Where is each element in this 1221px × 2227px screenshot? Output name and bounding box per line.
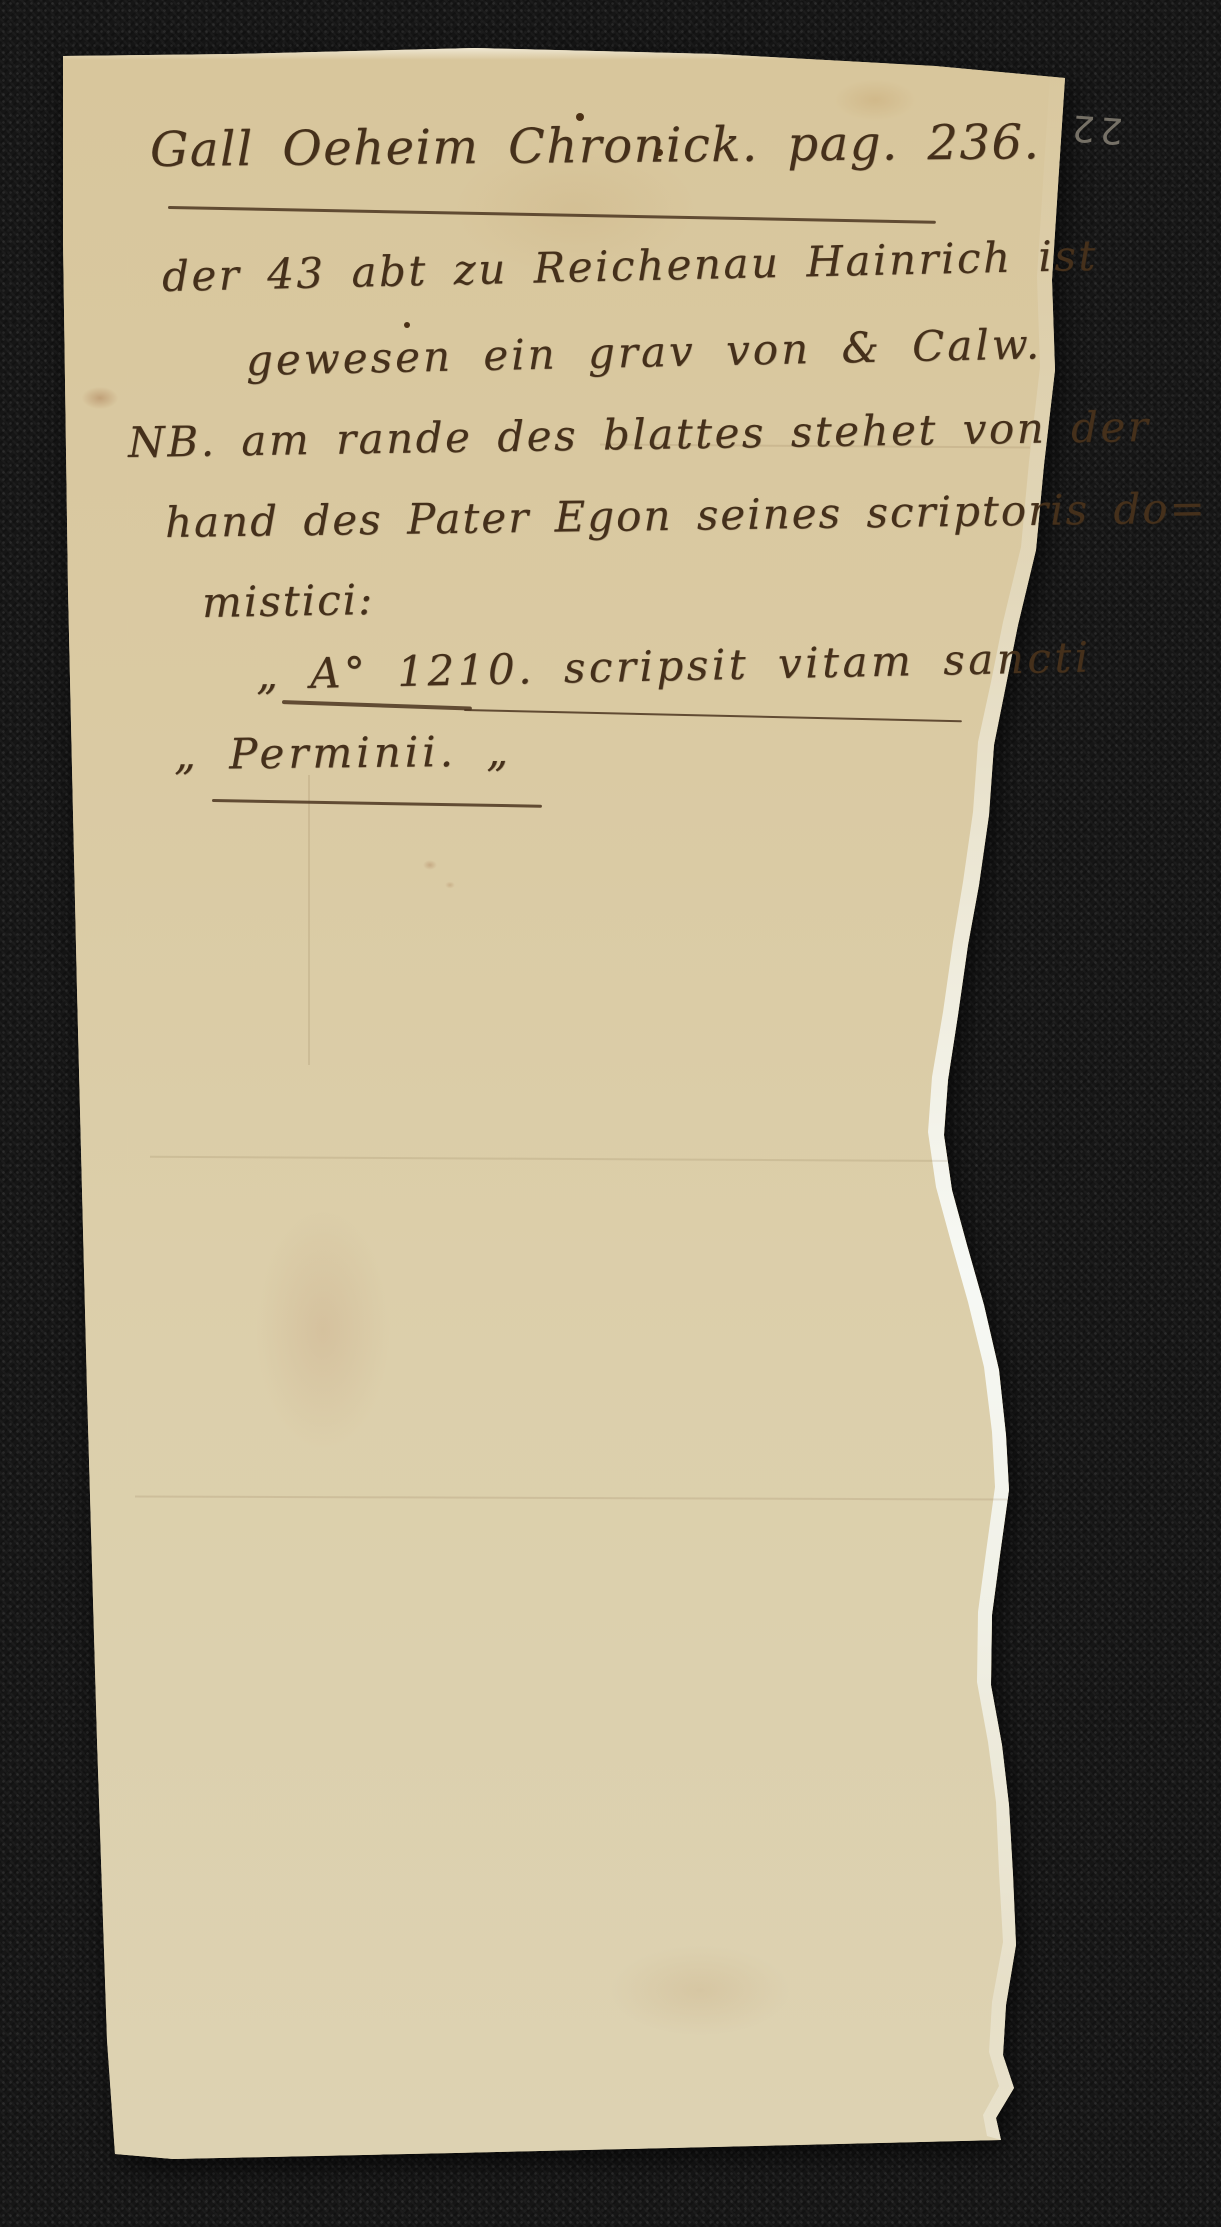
handwritten-line-5: mistici: <box>202 575 375 627</box>
paper-crease <box>308 775 310 1065</box>
ink-dot <box>576 113 584 121</box>
ink-dot <box>404 322 410 328</box>
ink-dot <box>656 149 663 156</box>
handwritten-line-7: „ Perminii. „ <box>174 726 513 779</box>
document-title: Gall Oeheim Chronick. pag. 236. <box>150 114 1041 178</box>
paper-crease <box>150 1156 1000 1162</box>
photo-background: Gall Oeheim Chronick. pag. 236. der 43 a… <box>0 0 1221 2227</box>
foliation-number: 22 <box>1051 105 1140 152</box>
paper-crease <box>135 1495 1010 1500</box>
